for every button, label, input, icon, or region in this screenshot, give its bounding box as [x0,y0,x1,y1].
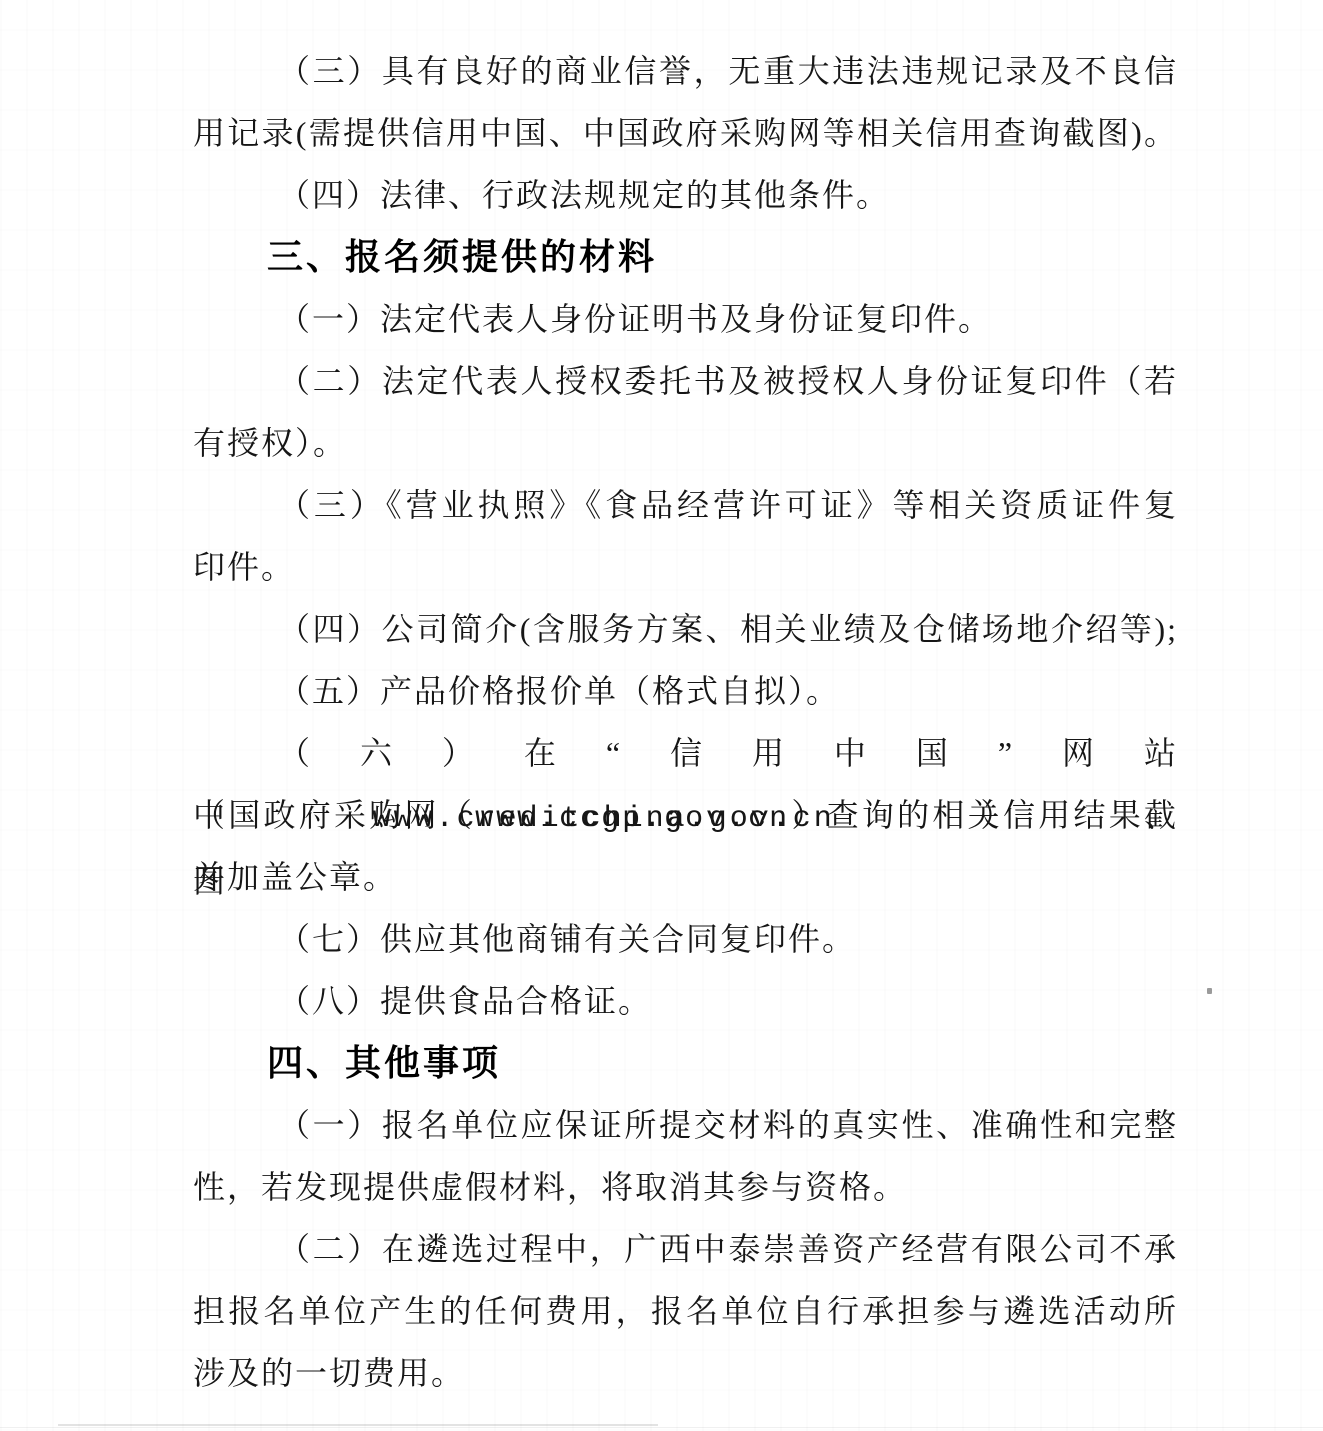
text-line: （三）具有良好的商业信誉，无重大违法违规记录及不良信 [193,40,1178,102]
text-line: （一）法定代表人身份证明书及身份证复印件。 [193,288,1178,350]
scan-speck-artifact [1207,988,1212,994]
text-line-with-url: 中国政府采购网（www.ccgp.gov.cn）查询的相关信用结果截图 [193,784,1178,846]
text-line: 有授权）。 [193,412,1178,474]
text-line: （二）法定代表人授权委托书及被授权人身份证复印件（若 [193,350,1178,412]
text-line: 涉及的一切费用。 [193,1342,1178,1404]
text-line: （三）《营业执照》《食品经营许可证》等相关资质证件复 [193,474,1178,536]
text-line: （七）供应其他商铺有关合同复印件。 [193,908,1178,970]
text-line: （四）法律、行政法规规定的其他条件。 [193,164,1178,226]
text-line: 并加盖公章。 [193,846,1178,908]
text-line: 担报名单位产生的任何费用，报名单位自行承担参与遴选活动所 [193,1280,1178,1342]
scan-line-artifact [58,1424,658,1426]
section-heading-materials: 三、报名须提供的材料 [193,226,1178,288]
text-line: （八）提供食品合格证。 [193,970,1178,1032]
text-line: 用记录(需提供信用中国、中国政府采购网等相关信用查询截图)。 [193,102,1178,164]
scan-line-artifact-faint [0,1427,1323,1428]
text-line: 印件。 [193,536,1178,598]
text-segment: 中国政府采购网（ [193,797,475,833]
text-line: （二）在遴选过程中，广西中泰崇善资产经营有限公司不承 [193,1218,1178,1280]
text-line-with-url: （六）在“信用中国”网站（www.creditchina.gov.cn）、 [193,722,1178,784]
document-body: （三）具有良好的商业信誉，无重大违法违规记录及不良信 用记录(需提供信用中国、中… [193,40,1178,1404]
document-page: （三）具有良好的商业信誉，无重大违法违规记录及不良信 用记录(需提供信用中国、中… [0,0,1323,1431]
section-heading-other-matters: 四、其他事项 [193,1032,1178,1094]
text-line: 性，若发现提供虚假材料，将取消其参与资格。 [193,1156,1178,1218]
text-line: （五）产品价格报价单（格式自拟）。 [193,660,1178,722]
text-line: （一）报名单位应保证所提交材料的真实性、准确性和完整 [193,1094,1178,1156]
ccgp-url: www.ccgp.gov.cn [475,802,790,836]
text-line: （四）公司简介(含服务方案、相关业绩及仓储场地介绍等); [193,598,1178,660]
